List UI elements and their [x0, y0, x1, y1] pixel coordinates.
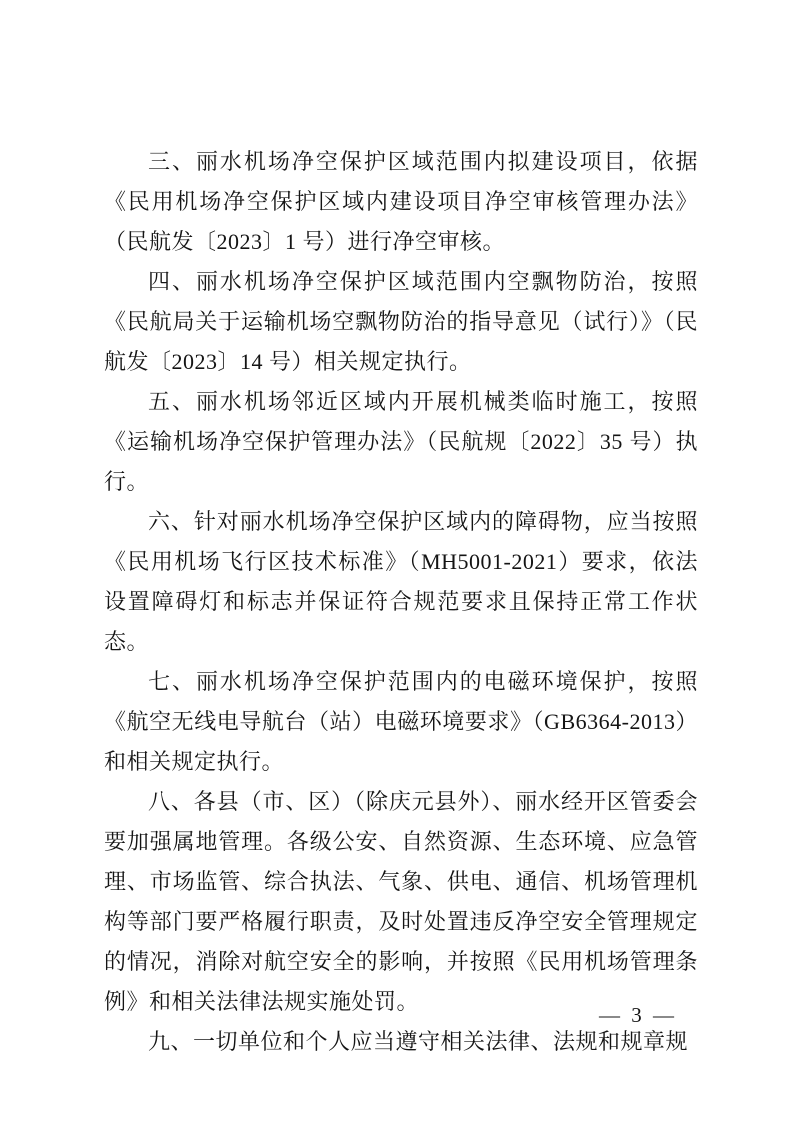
- document-page: 三、丽水机场净空保护区域范围内拟建设项目，依据《民用机场净空保护区域内建设项目净…: [0, 0, 799, 1130]
- paragraph-item-5: 五、丽水机场邻近区域内开展机械类临时施工，按照《运输机场净空保护管理办法》（民航…: [104, 382, 698, 502]
- paragraph-item-4: 四、丽水机场净空保护区域范围内空飘物防治，按照《民航局关于运输机场空飘物防治的指…: [104, 262, 698, 382]
- paragraph-item-7: 七、丽水机场净空保护范围内的电磁环境保护，按照《航空无线电导航台（站）电磁环境要…: [104, 662, 698, 782]
- paragraph-item-3: 三、丽水机场净空保护区域范围内拟建设项目，依据《民用机场净空保护区域内建设项目净…: [104, 142, 698, 262]
- document-body: 三、丽水机场净空保护区域范围内拟建设项目，依据《民用机场净空保护区域内建设项目净…: [104, 142, 698, 1062]
- paragraph-item-8: 八、各县（市、区）（除庆元县外）、丽水经开区管委会要加强属地管理。各级公安、自然…: [104, 782, 698, 1022]
- page-number: — 3 —: [599, 1001, 677, 1029]
- paragraph-item-6: 六、针对丽水机场净空保护区域内的障碍物，应当按照《民用机场飞行区技术标准》（MH…: [104, 502, 698, 662]
